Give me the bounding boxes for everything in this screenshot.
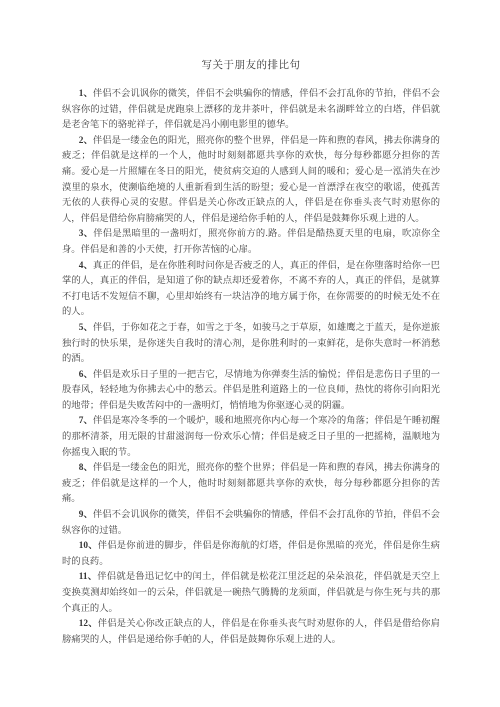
paragraph-4: 4、真正的伴侣，是在你胜利时问你是否疲乏的人，真正的伴侣，是在你堕落时给你一巴掌… — [62, 259, 440, 321]
document-page: 写关于朋友的排比句 1、伴侣不会讥讽你的微笑，伴侣不会哄骗你的情感，伴侣不会打乱… — [0, 0, 500, 707]
paragraph-4-number: 4、 — [79, 261, 93, 271]
paragraph-4-text: 真正的伴侣，是在你胜利时问你是否疲乏的人，真正的伴侣，是在你堕落时给你一巴掌的人… — [62, 261, 440, 318]
paragraph-8-text: 伴侣是一缕金色的阳光，照亮你的整个世界；伴侣是一阵和煦的春风，拂去你满身的疲乏；… — [62, 463, 440, 504]
paragraph-8-number: 8、 — [79, 463, 93, 473]
paragraph-3-text: 伴侣是黑暗里的一盏明灯，照亮你前方的.路。伴侣是酷热夏天里的电扇，吹凉你全身。伴… — [62, 229, 440, 255]
paragraph-7-number: 7、 — [79, 416, 93, 426]
paragraph-1-number: 1、 — [79, 89, 93, 99]
paragraph-10: 10、伴侣是你前进的脚步，伴侣是你海航的灯塔，伴侣是你黑暗的亮光，伴侣是你生病时… — [62, 539, 440, 570]
paragraph-2: 2、伴侣是一缕金色的阳光，照亮你的整个世界，伴侣是一阵和煦的春风，拂去你满身的疲… — [62, 134, 440, 228]
paragraph-8: 8、伴侣是一缕金色的阳光，照亮你的整个世界；伴侣是一阵和煦的春风，拂去你满身的疲… — [62, 461, 440, 508]
paragraph-12-text: 伴侣是关心你改正缺点的人，伴侣是在你垂头丧气时劝慰你的人，伴侣是借给你肩膀痛哭的… — [62, 619, 440, 645]
paragraph-11-number: 11、 — [79, 572, 98, 582]
paragraph-12-number: 12、 — [79, 619, 98, 629]
paragraph-6: 6、伴侣是欢乐日子里的一把吉它，尽情地为你弹奏生活的愉悦；伴侣是悲伤日子里的一股… — [62, 368, 440, 415]
paragraph-3-number: 3、 — [79, 229, 94, 239]
paragraph-11-text: 伴侣就是鲁迅记忆中的闰土，伴侣就是松花江里泛起的朵朵浪花，伴侣就是天空上变换莫测… — [62, 572, 440, 613]
paragraph-3: 3、伴侣是黑暗里的一盏明灯，照亮你前方的.路。伴侣是酷热夏天里的电扇，吹凉你全身… — [62, 227, 440, 258]
paragraph-2-number: 2、 — [79, 136, 93, 146]
paragraph-6-number: 6、 — [79, 370, 93, 380]
paragraph-7-text: 伴侣是寒冷冬季的一个暖炉，暖和地照亮你内心每一个寒冷的角落；伴侣是午睡初醒的那杯… — [62, 416, 440, 457]
paragraph-1: 1、伴侣不会讥讽你的微笑，伴侣不会哄骗你的情感，伴侣不会打乱你的节拍，伴侣不会纵… — [62, 87, 440, 134]
paragraph-11: 11、伴侣就是鲁迅记忆中的闰土，伴侣就是松花江里泛起的朵朵浪花，伴侣就是天空上变… — [62, 570, 440, 617]
paragraph-5-number: 5、 — [79, 323, 93, 333]
paragraph-7: 7、伴侣是寒冷冬季的一个暖炉，暖和地照亮你内心每一个寒冷的角落；伴侣是午睡初醒的… — [62, 414, 440, 461]
paragraph-9-number: 9、 — [79, 510, 93, 520]
paragraph-2-text: 伴侣是一缕金色的阳光，照亮你的整个世界，伴侣是一阵和煦的春风，拂去你满身的疲乏；… — [62, 136, 440, 224]
paragraph-1-text: 伴侣不会讥讽你的微笑，伴侣不会哄骗你的情感，伴侣不会打乱你的节拍，伴侣不会纵容你… — [62, 89, 440, 130]
paragraph-10-number: 10、 — [79, 541, 98, 551]
paragraph-5-text: 伴侣，于你如花之于春，如雪之于冬，如骏马之于草原，如雄鹰之于蓝天，是你逆旅独行时… — [62, 323, 440, 364]
paragraph-9: 9、伴侣不会讥讽你的微笑，伴侣不会哄骗你的情感，伴侣不会打乱你的节拍，伴侣不会纵… — [62, 508, 440, 539]
paragraph-9-text: 伴侣不会讥讽你的微笑，伴侣不会哄骗你的情感，伴侣不会打乱你的节拍，伴侣不会纵容你… — [62, 510, 440, 536]
paragraph-12: 12、伴侣是关心你改正缺点的人，伴侣是在你垂头丧气时劝慰你的人，伴侣是借给你肩膀… — [62, 617, 440, 648]
paragraph-5: 5、伴侣，于你如花之于春，如雪之于冬，如骏马之于草原，如雄鹰之于蓝天，是你逆旅独… — [62, 321, 440, 368]
paragraph-6-text: 伴侣是欢乐日子里的一把吉它，尽情地为你弹奏生活的愉悦；伴侣是悲伤日子里的一股春风… — [62, 370, 440, 411]
document-title: 写关于朋友的排比句 — [62, 59, 440, 72]
paragraph-10-text: 伴侣是你前进的脚步，伴侣是你海航的灯塔，伴侣是你黑暗的亮光，伴侣是你生病时的良药… — [62, 541, 440, 567]
